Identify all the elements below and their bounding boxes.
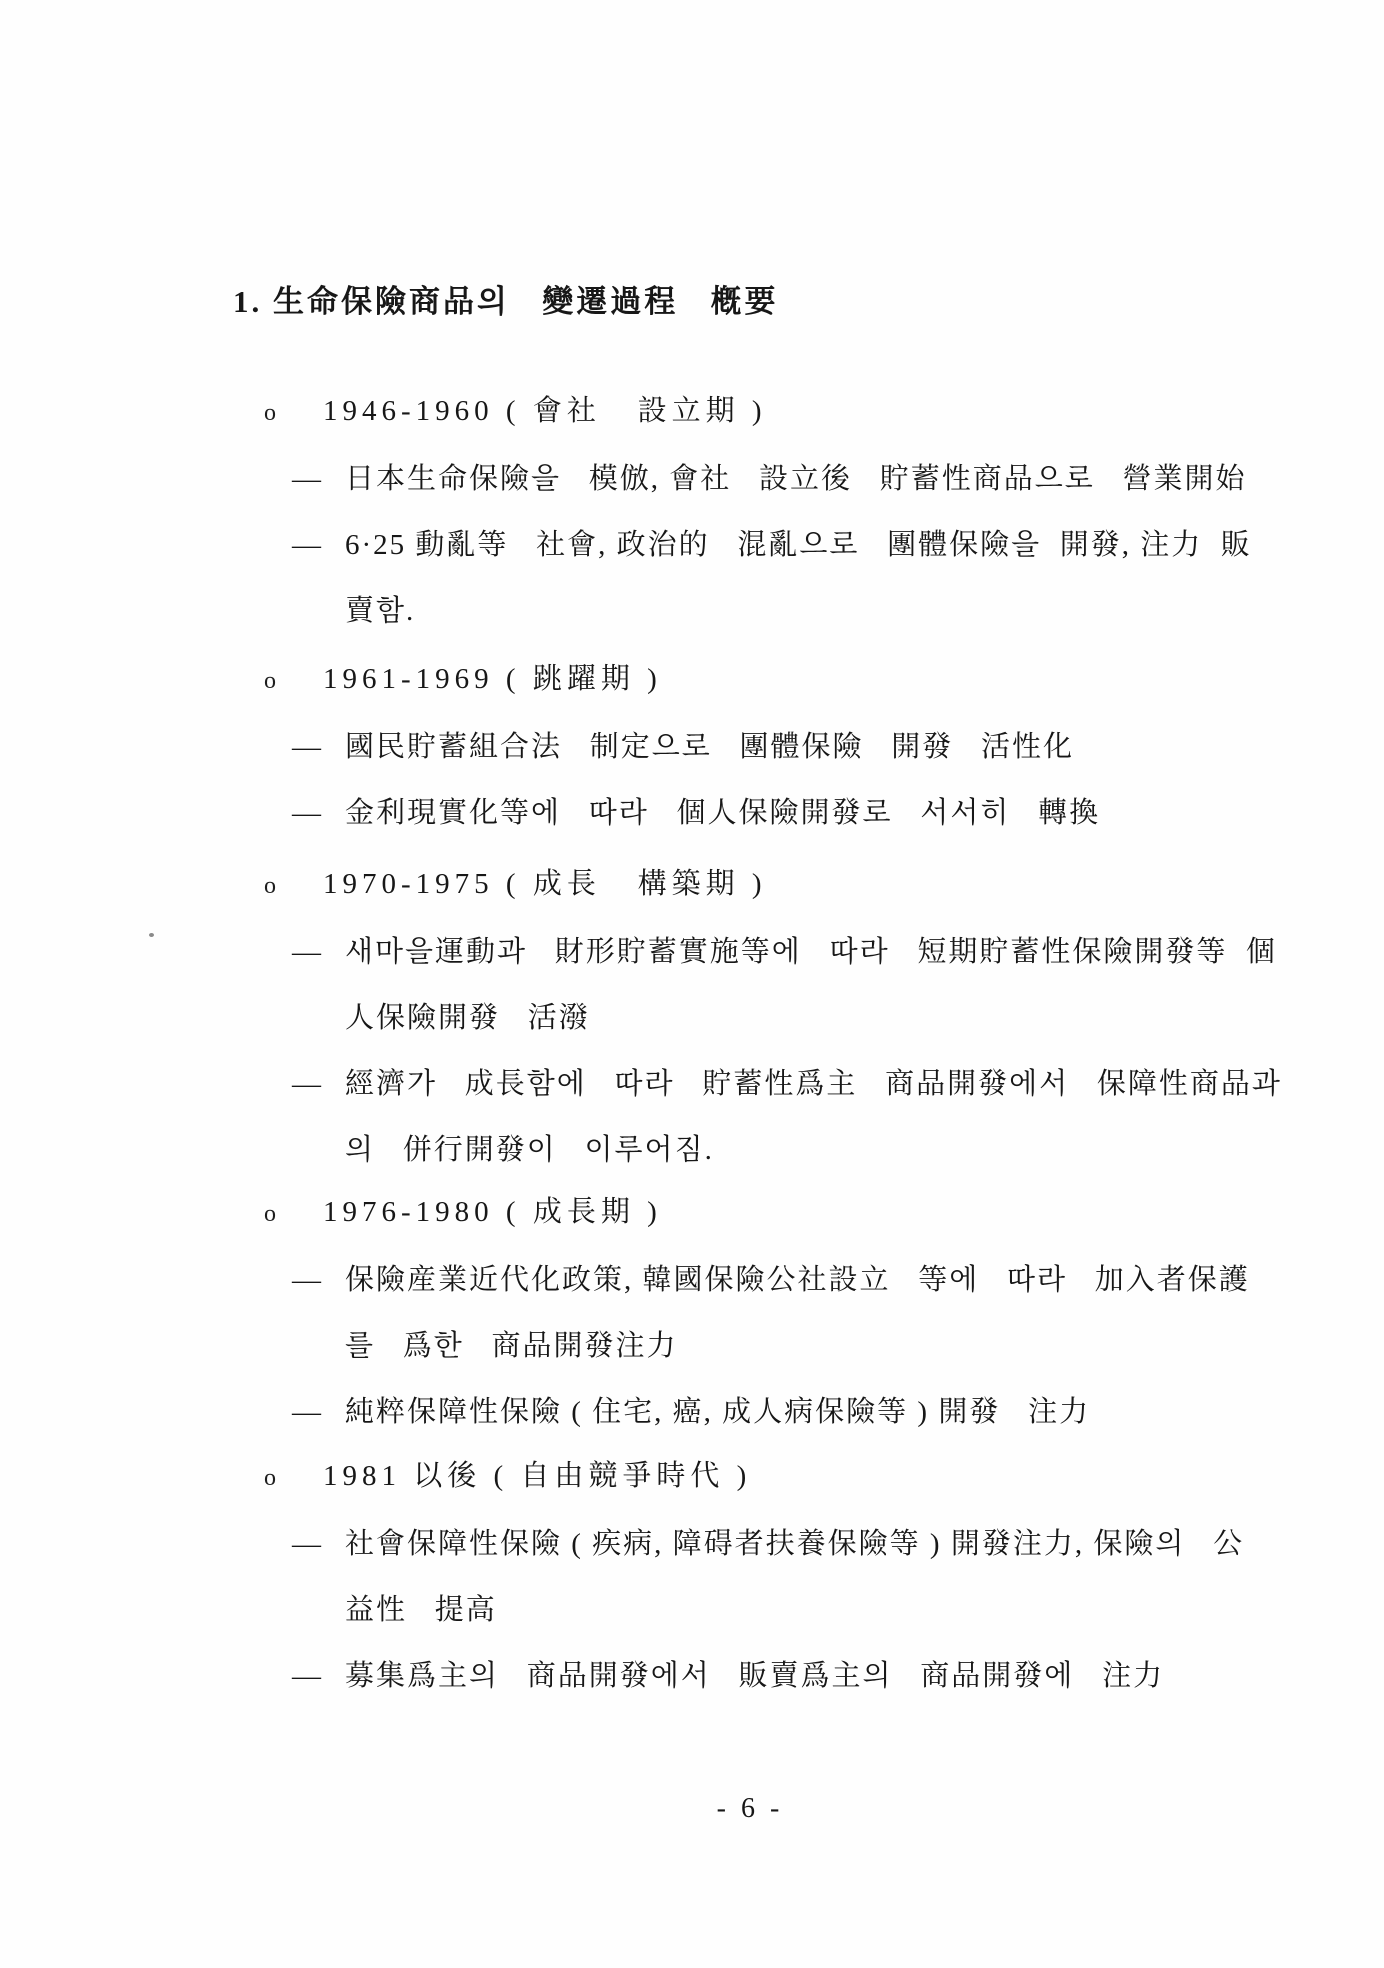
section-heading-text: 1970-1975 ( 成長 構築期 ) <box>323 868 766 900</box>
section-heading-text: 1961-1969 ( 跳躍期 ) <box>323 663 662 695</box>
page-number: - 6 - <box>610 1789 890 1829</box>
dash-bullet-icon: — <box>292 1511 345 1643</box>
list-item: — 純粹保障性保險 ( 住宅, 癌, 成人病保險等 ) 開發 注力 <box>0 1379 1384 1445</box>
item-text: 새마을運動과 財形貯蓄實施等에 따라 短期貯蓄性保險開發等 個 人保險開發 活潑 <box>345 919 1384 1051</box>
dash-bullet-icon: — <box>292 714 345 780</box>
list-item: — 經濟가 成長함에 따라 貯蓄性爲主 商品開發에서 保障性商品과 의 併行開發… <box>0 1051 1384 1183</box>
list-item: — 社會保障性保險 ( 疾病, 障碍者扶養保險等 ) 開發注力, 保險의 公 益… <box>0 1511 1384 1643</box>
item-text: 經濟가 成長함에 따라 貯蓄性爲主 商品開發에서 保障性商品과 의 併行開發이 … <box>345 1051 1384 1183</box>
item-text: 國民貯蓄組合法 制定으로 團體保險 開發 活性化 <box>345 714 1384 780</box>
item-text: 社會保障性保險 ( 疾病, 障碍者扶養保險等 ) 開發注力, 保險의 公 益性 … <box>345 1511 1384 1643</box>
item-line: 를 爲한 商品開發注力 <box>345 1313 1384 1379</box>
list-item: — 日本生命保險을 模倣, 會社 設立後 貯蓄性商品으로 營業開始 <box>0 446 1384 512</box>
section-heading: o1946-1960 ( 會社 設立期 ) <box>0 378 1384 446</box>
section-1970-1975: o1970-1975 ( 成長 構築期 ) — 새마을運動과 財形貯蓄實施等에 … <box>0 851 1384 1183</box>
item-line: 日本生命保險을 模倣, 會社 設立後 貯蓄性商品으로 營業開始 <box>345 446 1384 512</box>
section-heading: o1970-1975 ( 成長 構築期 ) <box>0 851 1384 919</box>
item-line: 人保險開發 活潑 <box>345 985 1384 1051</box>
circle-bullet-icon: o <box>264 853 323 919</box>
dash-bullet-icon: — <box>292 1379 345 1445</box>
item-line: 經濟가 成長함에 따라 貯蓄性爲主 商品開發에서 保障性商品과 <box>345 1051 1384 1117</box>
section-heading: o1976-1980 ( 成長期 ) <box>0 1179 1384 1247</box>
dash-bullet-icon: — <box>292 1247 345 1379</box>
page-title: 1. 生命保險商品의 變遷過程 槪要 <box>233 276 778 321</box>
dash-bullet-icon: — <box>292 919 345 1051</box>
item-line: 社會保障性保險 ( 疾病, 障碍者扶養保險等 ) 開發注力, 保險의 公 <box>345 1511 1384 1577</box>
item-line: 賣함. <box>345 578 1384 644</box>
dash-bullet-icon: — <box>292 1051 345 1183</box>
dash-bullet-icon: — <box>292 1643 345 1709</box>
section-1981-onward: o1981 以後 ( 自由競爭時代 ) — 社會保障性保險 ( 疾病, 障碍者扶… <box>0 1443 1384 1709</box>
item-text: 6·25 動亂等 社會, 政治的 混亂으로 團體保險을 開發, 注力 販 賣함. <box>345 512 1384 644</box>
list-item: — 募集爲主의 商品開發에서 販賣爲主의 商品開發에 注力 <box>0 1643 1384 1709</box>
item-line: 保險産業近代化政策, 韓國保險公社設立 等에 따라 加入者保護 <box>345 1247 1384 1313</box>
section-heading: o1981 以後 ( 自由競爭時代 ) <box>0 1443 1384 1511</box>
section-heading-text: 1976-1980 ( 成長期 ) <box>323 1196 662 1228</box>
item-line: 金利現實化等에 따라 個人保險開發로 서서히 轉換 <box>345 780 1384 846</box>
list-item: — 國民貯蓄組合法 制定으로 團體保險 開發 活性化 <box>0 714 1384 780</box>
document-page: 1. 生命保險商品의 變遷過程 槪要 o1946-1960 ( 會社 設立期 )… <box>0 0 1384 1968</box>
section-1961-1969: o1961-1969 ( 跳躍期 ) — 國民貯蓄組合法 制定으로 團體保險 開… <box>0 646 1384 846</box>
item-line: 6·25 動亂等 社會, 政治的 混亂으로 團體保險을 開發, 注力 販 <box>345 512 1384 578</box>
section-1946-1960: o1946-1960 ( 會社 設立期 ) — 日本生命保險을 模倣, 會社 設… <box>0 378 1384 644</box>
item-text: 金利現實化等에 따라 個人保險開發로 서서히 轉換 <box>345 780 1384 846</box>
item-line: 募集爲主의 商品開發에서 販賣爲主의 商品開發에 注力 <box>345 1643 1384 1709</box>
circle-bullet-icon: o <box>264 1445 323 1511</box>
circle-bullet-icon: o <box>264 380 323 446</box>
dash-bullet-icon: — <box>292 446 345 512</box>
item-line: 國民貯蓄組合法 制定으로 團體保險 開發 活性化 <box>345 714 1384 780</box>
circle-bullet-icon: o <box>264 648 323 714</box>
item-line: 의 併行開發이 이루어짐. <box>345 1117 1384 1183</box>
item-text: 純粹保障性保險 ( 住宅, 癌, 成人病保險等 ) 開發 注力 <box>345 1379 1384 1445</box>
list-item: — 6·25 動亂等 社會, 政治的 混亂으로 團體保險을 開發, 注力 販 賣… <box>0 512 1384 644</box>
dash-bullet-icon: — <box>292 780 345 846</box>
item-line: 益性 提高 <box>345 1577 1384 1643</box>
circle-bullet-icon: o <box>264 1181 323 1247</box>
item-text: 日本生命保險을 模倣, 會社 設立後 貯蓄性商品으로 營業開始 <box>345 446 1384 512</box>
list-item: — 金利現實化等에 따라 個人保險開發로 서서히 轉換 <box>0 780 1384 846</box>
list-item: — 保險産業近代化政策, 韓國保險公社設立 等에 따라 加入者保護 를 爲한 商… <box>0 1247 1384 1379</box>
section-heading: o1961-1969 ( 跳躍期 ) <box>0 646 1384 714</box>
list-item: — 새마을運動과 財形貯蓄實施等에 따라 短期貯蓄性保險開發等 個 人保險開發 … <box>0 919 1384 1051</box>
item-text: 保險産業近代化政策, 韓國保險公社設立 等에 따라 加入者保護 를 爲한 商品開… <box>345 1247 1384 1379</box>
item-line: 純粹保障性保險 ( 住宅, 癌, 成人病保險等 ) 開發 注力 <box>345 1379 1384 1445</box>
item-text: 募集爲主의 商品開發에서 販賣爲主의 商品開發에 注力 <box>345 1643 1384 1709</box>
dash-bullet-icon: — <box>292 512 345 644</box>
section-heading-text: 1981 以後 ( 自由競爭時代 ) <box>323 1460 751 1492</box>
section-1976-1980: o1976-1980 ( 成長期 ) — 保險産業近代化政策, 韓國保險公社設立… <box>0 1179 1384 1445</box>
section-heading-text: 1946-1960 ( 會社 設立期 ) <box>323 395 766 427</box>
item-line: 새마을運動과 財形貯蓄實施等에 따라 短期貯蓄性保險開發等 個 <box>345 919 1384 985</box>
scan-speck <box>149 933 154 937</box>
